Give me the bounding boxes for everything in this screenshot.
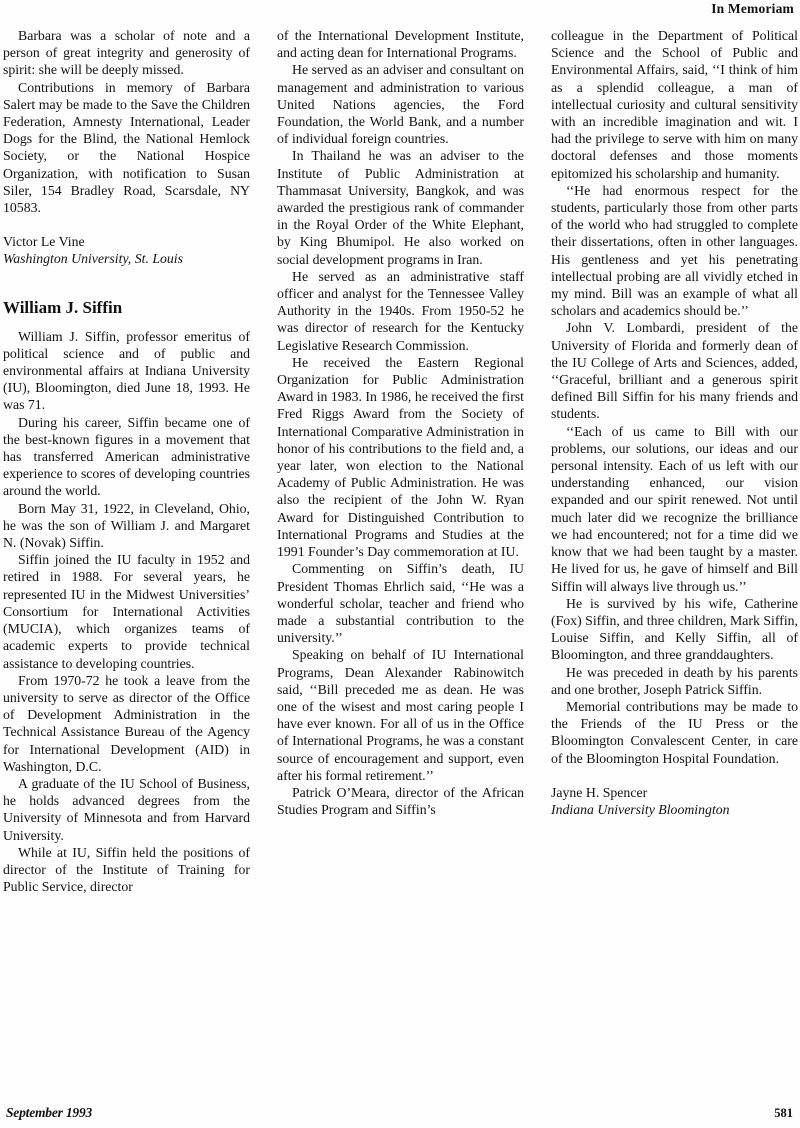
signature-name: Jayne H. Spencer xyxy=(551,784,798,801)
column-2: of the International Development Institu… xyxy=(277,27,524,895)
page-footer: September 1993 581 xyxy=(6,1105,793,1121)
paragraph: Memorial contributions may be made to th… xyxy=(551,698,798,767)
running-head: In Memoriam xyxy=(711,1,794,17)
paragraph: Commenting on Siffin’s death, IU Preside… xyxy=(277,560,524,646)
paragraph: Born May 31, 1922, in Cleveland, Ohio, h… xyxy=(3,500,250,552)
paragraph: He received the Eastern Regional Organiz… xyxy=(277,354,524,560)
paragraph: John V. Lombardi, president of the Unive… xyxy=(551,319,798,422)
paragraph: While at IU, Siffin held the positions o… xyxy=(3,844,250,896)
paragraph: ‘‘He had enormous respect for the studen… xyxy=(551,182,798,320)
paragraph: Patrick O’Meara, director of the African… xyxy=(277,784,524,818)
paragraph: ‘‘Each of us came to Bill with our probl… xyxy=(551,423,798,595)
article-columns: Barbara was a scholar of note and a pers… xyxy=(3,27,798,895)
column-1: Barbara was a scholar of note and a pers… xyxy=(3,27,250,895)
paragraph: He served as an adviser and consultant o… xyxy=(277,61,524,147)
footer-issue-date: September 1993 xyxy=(6,1105,92,1121)
paragraph: He was preceded in death by his parents … xyxy=(551,664,798,698)
signature-name: Victor Le Vine xyxy=(3,233,250,250)
footer-page-number: 581 xyxy=(774,1106,793,1121)
paragraph: Contributions in memory of Barbara Saler… xyxy=(3,79,250,217)
paragraph: He is survived by his wife, Catherine (F… xyxy=(551,595,798,664)
signature-block: Victor Le VineWashington University, St.… xyxy=(3,233,250,267)
paragraph: Siffin joined the IU faculty in 1952 and… xyxy=(3,551,250,671)
paragraph: From 1970-72 he took a leave from the un… xyxy=(3,672,250,775)
signature-affiliation: Washington University, St. Louis xyxy=(3,250,250,267)
signature-block: Jayne H. SpencerIndiana University Bloom… xyxy=(551,784,798,818)
journal-page: In Memoriam Barbara was a scholar of not… xyxy=(0,0,800,1128)
column-3: colleague in the Department of Political… xyxy=(551,27,798,895)
signature-affiliation: Indiana University Bloomington xyxy=(551,801,798,818)
paragraph: A graduate of the IU School of Business,… xyxy=(3,775,250,844)
paragraph: Barbara was a scholar of note and a pers… xyxy=(3,27,250,79)
running-head-title: In Memoriam xyxy=(711,1,794,16)
paragraph: Speaking on behalf of IU International P… xyxy=(277,646,524,784)
paragraph-continued: of the International Development Institu… xyxy=(277,27,524,61)
obituary-heading: William J. Siffin xyxy=(3,298,250,317)
paragraph: He served as an administrative staff off… xyxy=(277,268,524,354)
paragraph: In Thailand he was an adviser to the Ins… xyxy=(277,147,524,267)
paragraph: During his career, Siffin became one of … xyxy=(3,414,250,500)
paragraph-continued: colleague in the Department of Political… xyxy=(551,27,798,182)
paragraph: William J. Siffin, professor emeritus of… xyxy=(3,328,250,414)
